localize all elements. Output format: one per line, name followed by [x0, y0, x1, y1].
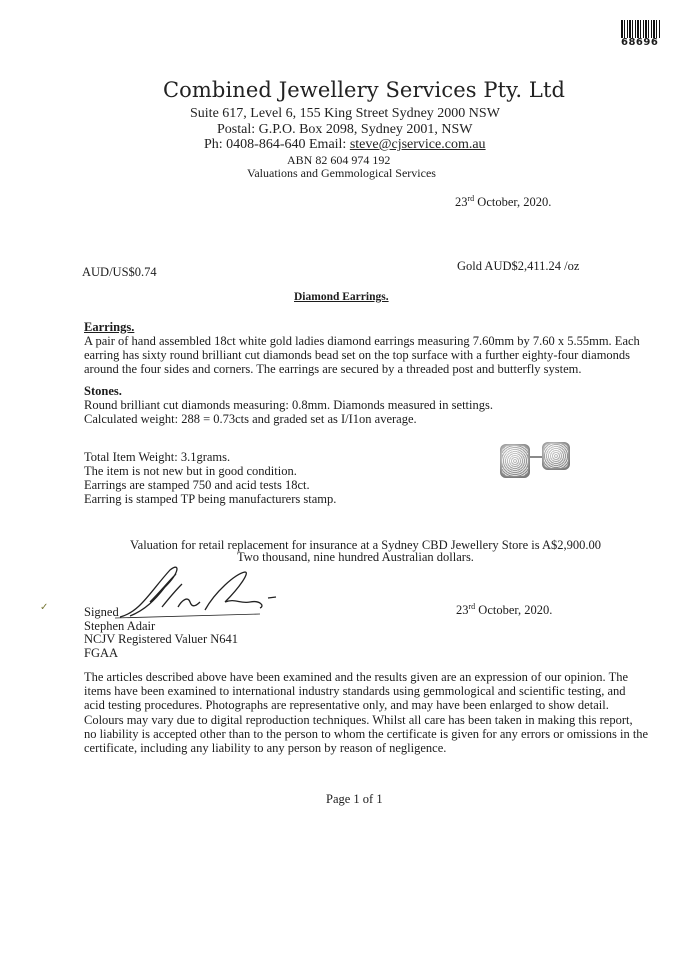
- signed-label: Signed: [84, 606, 238, 620]
- disclaimer-line: items have been examined to internationa…: [84, 684, 648, 698]
- detail-line: Total Item Weight: 3.1grams.: [84, 450, 336, 464]
- barcode: [621, 20, 661, 38]
- earrings-heading: Earrings.: [84, 320, 640, 334]
- item-details: Total Item Weight: 3.1grams. The item is…: [84, 450, 336, 506]
- company-name: Combined Jewellery Services Pty. Ltd: [163, 78, 565, 102]
- tick-mark: ✓: [40, 602, 48, 613]
- valuer-qualification: FGAA: [84, 647, 238, 661]
- barcode-number: 68696: [621, 37, 658, 48]
- report-date: 23rd October, 2020.: [455, 192, 551, 210]
- valuer-registration: NCJV Registered Valuer N641: [84, 633, 238, 647]
- earrings-line: A pair of hand assembled 18ct white gold…: [84, 334, 640, 348]
- disclaimer-line: no liability is accepted other than to t…: [84, 727, 648, 741]
- detail-line: The item is not new but in good conditio…: [84, 464, 336, 478]
- gold-price: Gold AUD$2,411.24 /oz: [457, 260, 579, 274]
- stones-line: Round brilliant cut diamonds measuring: …: [84, 398, 493, 412]
- phone-label: Ph: 0408-864-640 Email:: [204, 137, 350, 152]
- earrings-section: Earrings. A pair of hand assembled 18ct …: [84, 320, 640, 376]
- earring-left-icon: [500, 444, 530, 478]
- stones-line: Calculated weight: 288 = 0.73cts and gra…: [84, 412, 493, 426]
- signature-block: Signed Stephen Adair NCJV Registered Val…: [84, 606, 238, 660]
- earrings-line: earring has sixty round brilliant cut di…: [84, 348, 640, 362]
- page-number: Page 1 of 1: [326, 793, 383, 807]
- earring-right-icon: [542, 442, 570, 470]
- stones-section: Stones. Round brilliant cut diamonds mea…: [84, 384, 493, 426]
- disclaimer-line: certificate, including any liability to …: [84, 741, 648, 755]
- street-address: Suite 617, Level 6, 155 King Street Sydn…: [190, 106, 500, 122]
- detail-line: Earrings are stamped 750 and acid tests …: [84, 478, 336, 492]
- signature-date: 23rd October, 2020.: [456, 600, 552, 618]
- valuer-name: Stephen Adair: [84, 620, 238, 634]
- contact-line: Ph: 0408-864-640 Email: steve@cjservice.…: [204, 137, 486, 153]
- earrings-photo: [500, 438, 576, 480]
- detail-line: Earring is stamped TP being manufacturer…: [84, 492, 336, 506]
- disclaimer: The articles described above have been e…: [84, 670, 648, 755]
- disclaimer-line: The articles described above have been e…: [84, 670, 648, 684]
- services-tagline: Valuations and Gemmological Services: [247, 166, 436, 181]
- exchange-rate: AUD/US$0.74: [82, 266, 157, 280]
- email-link[interactable]: steve@cjservice.com.au: [350, 137, 486, 152]
- document-title: Diamond Earrings.: [294, 291, 389, 305]
- stones-heading: Stones.: [84, 384, 493, 398]
- disclaimer-line: acid testing procedures. Photographs are…: [84, 698, 648, 712]
- earrings-line: around the four sides and corners. The e…: [84, 362, 640, 376]
- postal-address: Postal: G.P.O. Box 2098, Sydney 2001, NS…: [217, 122, 473, 138]
- disclaimer-line: Colours may vary due to digital reproduc…: [84, 713, 648, 727]
